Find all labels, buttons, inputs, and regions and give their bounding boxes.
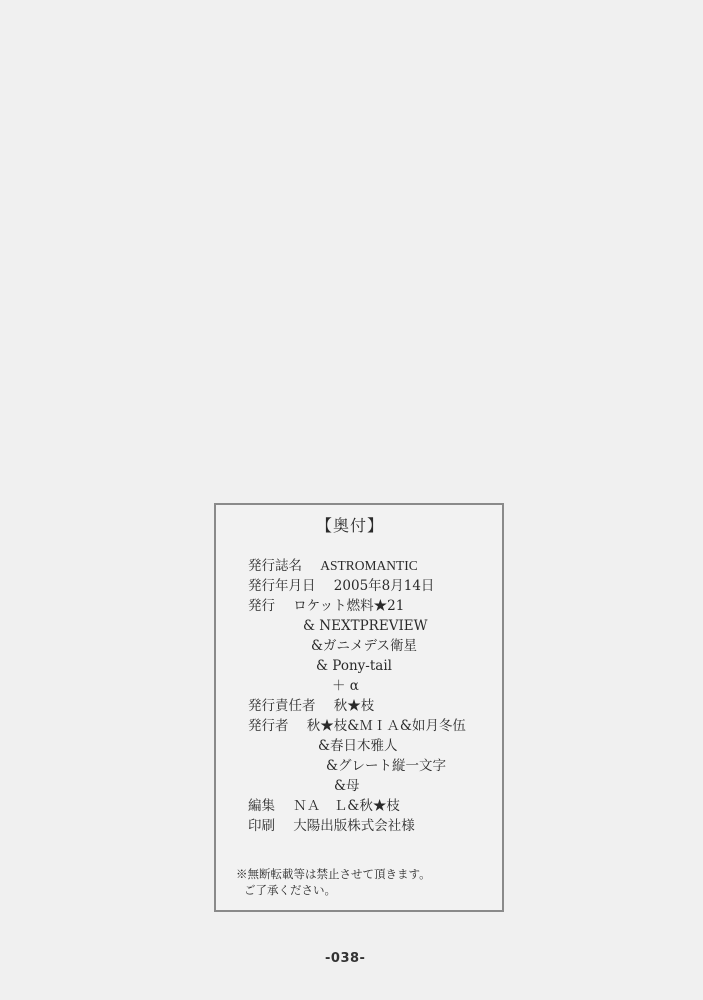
entry-value: &ガニメデス衛星 [311, 637, 417, 655]
entry-value: 秋★枝&ＭＩＡ&如月冬伍 [307, 717, 466, 735]
entry-publication-name: 発行誌名 ASTROMANTIC [248, 557, 418, 575]
entry-publisher-2: & NEXTPREVIEW [303, 617, 428, 635]
notice-line-2: ご了承ください。 [244, 882, 336, 898]
entry-label: 発行者 [248, 717, 289, 735]
entry-publisher-3: &ガニメデス衛星 [311, 637, 417, 655]
entry-publication-date: 発行年月日 2005年8月14日 [248, 577, 434, 595]
entry-value: &グレート縦一文字 [326, 757, 446, 775]
entry-printer: 印刷 大陽出版株式会社様 [248, 817, 415, 835]
entry-label: 発行誌名 [248, 557, 302, 575]
entry-label: 発行 [248, 597, 275, 615]
page-number: -038- [325, 951, 365, 966]
entry-publisher-5: ＋ α [332, 677, 359, 695]
entry-issuers-2: &春日木雅人 [318, 737, 398, 755]
entry-value: &春日木雅人 [318, 737, 398, 755]
entry-label: 発行年月日 [248, 577, 316, 595]
colophon-box: 【奥付】 発行誌名 ASTROMANTIC 発行年月日 2005年8月14日 発… [214, 503, 504, 912]
entry-responsible-publisher: 発行責任者 秋★枝 [248, 697, 374, 715]
entry-value: ＋ α [332, 677, 359, 695]
entry-publisher: 発行 ロケット燃料★21 [248, 597, 404, 615]
entry-publisher-4: & Pony-tail [316, 657, 392, 675]
colophon-title: 【奥付】 [316, 513, 384, 536]
entry-value: & Pony-tail [316, 657, 392, 675]
entry-value: 大陽出版株式会社様 [293, 817, 415, 835]
entry-value: ＮＡ Ｌ&秋★枝 [293, 797, 400, 815]
entry-issuers: 発行者 秋★枝&ＭＩＡ&如月冬伍 [248, 717, 466, 735]
entry-label: 印刷 [248, 817, 275, 835]
entry-label: 発行責任者 [248, 697, 316, 715]
entry-value: ASTROMANTIC [320, 557, 418, 575]
entry-label: 編集 [248, 797, 275, 815]
entry-value: 2005年8月14日 [334, 577, 435, 595]
entry-value: &母 [334, 777, 360, 795]
entry-value: ロケット燃料★21 [293, 597, 404, 615]
entry-issuers-3: &グレート縦一文字 [326, 757, 446, 775]
entry-issuers-4: &母 [334, 777, 360, 795]
entry-editor: 編集 ＮＡ Ｌ&秋★枝 [248, 797, 400, 815]
entry-value: & NEXTPREVIEW [303, 617, 428, 635]
notice-line-1: ※無断転載等は禁止させて頂きます。 [236, 866, 431, 882]
entry-value: 秋★枝 [334, 697, 375, 715]
